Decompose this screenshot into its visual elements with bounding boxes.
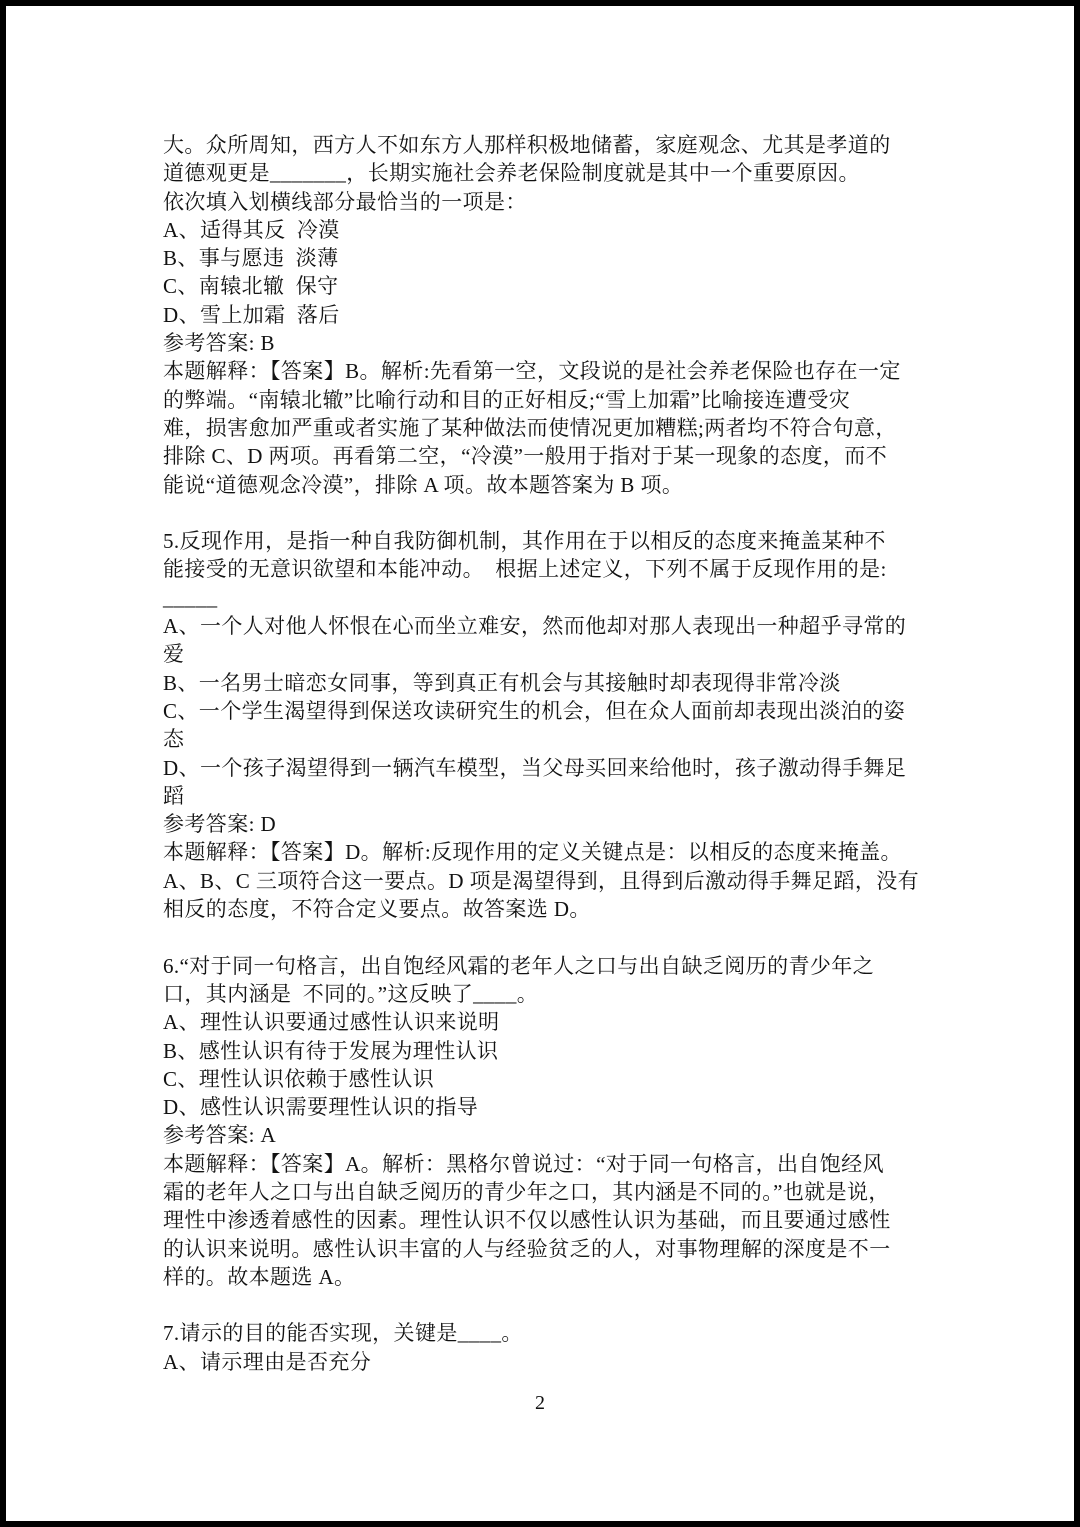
text-line: 本题解释：【答案】B。解析:先看第一空，文段说的是社会养老保险也存在一定 [163,357,953,385]
question-4-continuation: 大。众所周知，西方人不如东方人那样积极地储蓄，家庭观念、尤其是孝道的道德观更是_… [163,131,953,499]
text-line: A、B、C 三项符合这一要点。D 项是渴望得到，且得到后激动得手舞足蹈，没有 [163,867,953,895]
text-line: B、事与愿违 淡薄 [163,244,953,272]
text-line: A、理性认识要通过感性认识来说明 [163,1008,953,1036]
text-line: 6.“对于同一句格言，出自饱经风霜的老年人之口与出自缺乏阅历的青少年之 [163,952,953,980]
text-line: 能接受的无意识欲望和本能冲动。 根据上述定义，下列不属于反现作用的是: [163,555,953,583]
question-6: 6.“对于同一句格言，出自饱经风霜的老年人之口与出自缺乏阅历的青少年之口，其内涵… [163,952,953,1292]
text-line: 爱 [163,640,953,668]
question-7: 7.请示的目的能否实现，关键是____。A、请示理由是否充分 [163,1319,953,1376]
text-line: 本题解释：【答案】D。解析:反现作用的定义关键点是：以相反的态度来掩盖。 [163,838,953,866]
text-line: 蹈 [163,782,953,810]
text-line: 参考答案: A [163,1121,953,1149]
fill-in-blank-underline: _____ [163,584,953,612]
text-line: C、理性认识依赖于感性认识 [163,1065,953,1093]
text-line: 大。众所周知，西方人不如东方人那样积极地储蓄，家庭观念、尤其是孝道的 [163,131,953,159]
text-line: A、一个人对他人怀恨在心而坐立难安，然而他却对那人表现出一种超乎寻常的 [163,612,953,640]
text-line: 态 [163,725,953,753]
text-line: C、南辕北辙 保守 [163,272,953,300]
text-line: 7.请示的目的能否实现，关键是____。 [163,1319,953,1347]
text-line: D、感性认识需要理性认识的指导 [163,1093,953,1121]
exam-text-body: 大。众所周知，西方人不如东方人那样积极地储蓄，家庭观念、尤其是孝道的道德观更是_… [163,131,953,1376]
text-line: C、一个学生渴望得到保送攻读研究生的机会，但在众人面前却表现出淡泊的姿 [163,697,953,725]
text-line: D、雪上加霜 落后 [163,301,953,329]
text-line: 的弊端。“南辕北辙”比喻行动和目的正好相反;“雪上加霜”比喻接连遭受灾 [163,386,953,414]
text-line: 口，其内涵是 不同的。”这反映了____。 [163,980,953,1008]
text-line: B、一名男士暗恋女同事，等到真正有机会与其接触时却表现得非常冷淡 [163,669,953,697]
text-line: 排除 C、D 两项。再看第二空，“冷漠”一般用于指对于某一现象的态度，而不 [163,442,953,470]
question-5: 5.反现作用，是指一种自我防御机制，其作用在于以相反的态度来掩盖某种不能接受的无… [163,527,953,923]
text-line: 参考答案: D [163,810,953,838]
page-footer: 2 [6,1390,1074,1416]
page-number: 2 [535,1392,545,1414]
text-line: 样的。故本题选 A。 [163,1263,953,1291]
text-line: 参考答案: B [163,329,953,357]
text-line: 能说“道德观念冷漠”，排除 A 项。故本题答案为 B 项。 [163,471,953,499]
text-line: 依次填入划横线部分最恰当的一项是： [163,188,953,216]
text-line: 理性中渗透着感性的因素。理性认识不仅以感性认识为基础，而且要通过感性 [163,1206,953,1234]
text-line: B、感性认识有待于发展为理性认识 [163,1037,953,1065]
text-line: D、一个孩子渴望得到一辆汽车模型，当父母买回来给他时，孩子激动得手舞足 [163,754,953,782]
text-line: A、请示理由是否充分 [163,1348,953,1376]
text-line: 5.反现作用，是指一种自我防御机制，其作用在于以相反的态度来掩盖某种不 [163,527,953,555]
text-line: 的认识来说明。感性认识丰富的人与经验贫乏的人，对事物理解的深度是不一 [163,1235,953,1263]
text-line: 相反的态度，不符合定义要点。故答案选 D。 [163,895,953,923]
text-line: 道德观更是_______，长期实施社会养老保险制度就是其中一个重要原因。 [163,159,953,187]
text-line: A、适得其反 冷漠 [163,216,953,244]
text-line: 本题解释：【答案】A。解析：黑格尔曾说过：“对于同一句格言，出自饱经风 [163,1150,953,1178]
text-line: 霜的老年人之口与出自缺乏阅历的青少年之口，其内涵是不同的。”也就是说， [163,1178,953,1206]
text-line: 难，损害愈加严重或者实施了某种做法而使情况更加糟糕;两者均不符合句意， [163,414,953,442]
document-page: 大。众所周知，西方人不如东方人那样积极地储蓄，家庭观念、尤其是孝道的道德观更是_… [0,0,1080,1527]
